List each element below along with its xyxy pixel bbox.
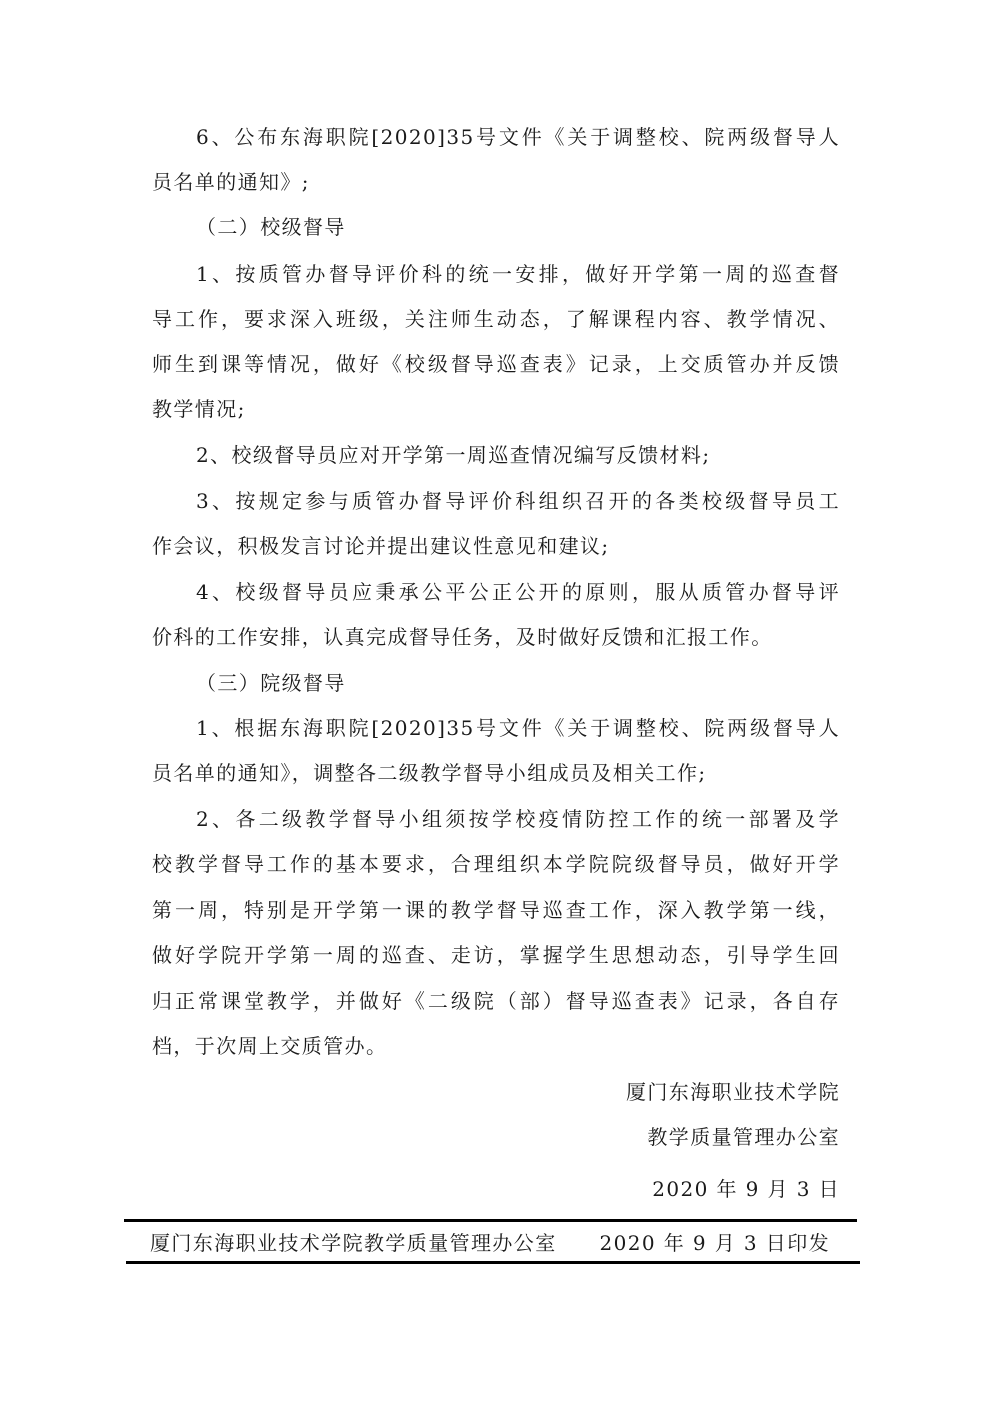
signature-date: 2020 年 9 月 3 日 [652, 1174, 840, 1204]
paragraph-line: 1、按质管办督导评价科的统一安排，做好开学第一周的巡查督 [196, 259, 840, 289]
paragraph-line: 归正常课堂教学，并做好《二级院（部）督导巡查表》记录，各自存 [152, 986, 840, 1016]
section-heading-school-level: （二）校级督导 [196, 212, 346, 242]
footer-top-rule [124, 1219, 857, 1222]
section-heading-college-level: （三）院级督导 [196, 668, 346, 698]
paragraph-line: 导工作，要求深入班级，关注师生动态，了解课程内容、教学情况、 [152, 304, 840, 334]
paragraph-line: 第一周，特别是开学第一课的教学督导巡查工作，深入教学第一线， [152, 895, 840, 925]
signature-office: 教学质量管理办公室 [647, 1122, 840, 1152]
footer-bottom-rule [126, 1261, 860, 1264]
paragraph-line: 档，于次周上交质管办。 [152, 1031, 840, 1061]
paragraph-line: 2、各二级教学督导小组须按学校疫情防控工作的统一部署及学 [196, 804, 840, 834]
footer-issuer: 厦门东海职业技术学院教学质量管理办公室 [150, 1228, 557, 1258]
paragraph-line: 员名单的通知》，调整各二级教学督导小组成员及相关工作; [152, 758, 840, 788]
paragraph-line: 员名单的通知》; [152, 167, 840, 197]
paragraph-line: 3、按规定参与质管办督导评价科组织召开的各类校级督导员工 [196, 486, 840, 516]
footer-issuance: 厦门东海职业技术学院教学质量管理办公室 2020 年 9 月 3 日印发 [150, 1228, 830, 1258]
signature-institution: 厦门东海职业技术学院 [626, 1077, 840, 1107]
paragraph-line: 校教学督导工作的基本要求，合理组织本学院院级督导员，做好开学 [152, 849, 840, 879]
paragraph-line: 6、公布东海职院[2020]35号文件《关于调整校、院两级督导人 [196, 122, 840, 152]
paragraph-line: 教学情况; [152, 394, 840, 424]
paragraph-line: 价科的工作安排，认真完成督导任务，及时做好反馈和汇报工作。 [152, 622, 840, 652]
document-page: 6、公布东海职院[2020]35号文件《关于调整校、院两级督导人 员名单的通知》… [0, 0, 992, 1403]
paragraph-line: 1、根据东海职院[2020]35号文件《关于调整校、院两级督导人 [196, 713, 840, 743]
footer-issued-date: 2020 年 9 月 3 日印发 [599, 1228, 830, 1258]
paragraph-line: 2、校级督导员应对开学第一周巡查情况编写反馈材料; [196, 440, 840, 470]
paragraph-line: 作会议，积极发言讨论并提出建议性意见和建议; [152, 531, 840, 561]
paragraph-line: 做好学院开学第一周的巡查、走访，掌握学生思想动态，引导学生回 [152, 940, 840, 970]
paragraph-line: 师生到课等情况，做好《校级督导巡查表》记录，上交质管办并反馈 [152, 349, 840, 379]
paragraph-line: 4、校级督导员应秉承公平公正公开的原则，服从质管办督导评 [196, 577, 840, 607]
